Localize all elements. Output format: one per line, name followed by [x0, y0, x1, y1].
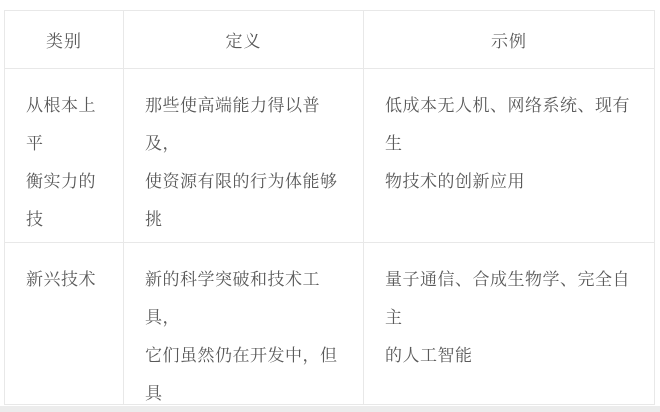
row2-example-cell: 量子通信、合成生物学、完全自主 的人工智能: [364, 243, 654, 404]
row2-definition-cell: 新的科学突破和技术工具， 它们虽然仍在开发中，但具 有重新定义未来冲突态势的 巨…: [124, 243, 364, 404]
header-cell-definition: 定义: [124, 11, 364, 69]
row2-category-cell: 新兴技术: [5, 243, 124, 404]
page-bottom-edge: [0, 406, 660, 412]
row1-example-cell: 低成本无人机、网络系统、现有生 物技术的创新应用: [364, 69, 654, 243]
header-cell-example: 示例: [364, 11, 654, 69]
page: 类别 定义 示例 从根本上平 衡实力的技 术 那些使高端能力得以普及， 使资源有…: [0, 0, 660, 412]
row1-category-cell: 从根本上平 衡实力的技 术: [5, 69, 124, 243]
header-cell-category: 类别: [5, 11, 124, 69]
row1-definition-cell: 那些使高端能力得以普及， 使资源有限的行为体能够挑 战更具优势的对手的创新: [124, 69, 364, 243]
technology-categories-table: 类别 定义 示例 从根本上平 衡实力的技 术 那些使高端能力得以普及， 使资源有…: [4, 10, 655, 405]
